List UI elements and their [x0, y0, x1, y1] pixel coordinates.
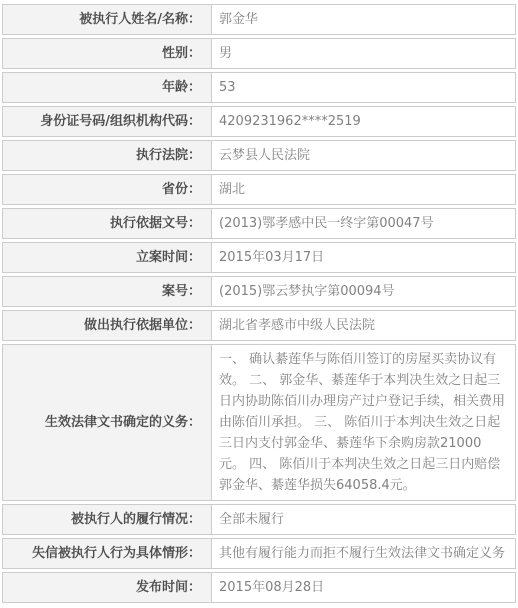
row-value: 云梦县人民法院	[212, 141, 515, 170]
row-label: 身份证号码/组织机构代码：	[3, 107, 212, 136]
table-row-filing-date: 立案时间： 2015年03月17日	[2, 242, 516, 273]
row-label: 案号：	[3, 277, 212, 306]
table-row-case-number: 案号： (2015)鄂云梦执字第00094号	[2, 276, 516, 307]
row-value: 其他有履行能力而拒不履行生效法律文书确定义务	[212, 539, 515, 568]
table-row-basis-document-number: 执行依据文号： (2013)鄂孝感中民一终字第00047号	[2, 208, 516, 239]
row-value: 2015年03月17日	[212, 243, 515, 272]
table-row-gender: 性别： 男	[2, 38, 516, 69]
row-label: 执行依据文号：	[3, 209, 212, 238]
row-label: 立案时间：	[3, 243, 212, 272]
table-row-executing-court: 执行法院： 云梦县人民法院	[2, 140, 516, 171]
row-value: 湖北省孝感市中级人民法院	[212, 311, 515, 340]
row-label: 省份：	[3, 175, 212, 204]
debtor-info-table: 被执行人姓名/名称： 郭金华 性别： 男 年龄： 53 身份证号码/组织机构代码…	[2, 4, 516, 603]
table-row-age: 年龄： 53	[2, 72, 516, 103]
table-row-obligations: 生效法律文书确定的义务： 一、 确认綦莲华与陈佰川签订的房屋买卖协议有效。 二、…	[2, 344, 516, 501]
table-row-performance-status: 被执行人的履行情况： 全部未履行	[2, 504, 516, 535]
row-value: 全部未履行	[212, 505, 515, 534]
row-label: 做出执行依据单位：	[3, 311, 212, 340]
row-value: 2015年08月28日	[212, 573, 515, 602]
row-value: (2015)鄂云梦执字第00094号	[212, 277, 515, 306]
table-row-basis-issuing-unit: 做出执行依据单位： 湖北省孝感市中级人民法院	[2, 310, 516, 341]
row-value: 一、 确认綦莲华与陈佰川签订的房屋买卖协议有效。 二、 郭金华、綦莲华于本判决生…	[212, 345, 515, 500]
row-value: 53	[212, 73, 515, 102]
row-label: 被执行人的履行情况：	[3, 505, 212, 534]
row-value: 男	[212, 39, 515, 68]
row-value: 郭金华	[212, 5, 515, 34]
table-row-name: 被执行人姓名/名称： 郭金华	[2, 4, 516, 35]
row-value: (2013)鄂孝感中民一终字第00047号	[212, 209, 515, 238]
row-label: 发布时间：	[3, 573, 212, 602]
row-label: 生效法律文书确定的义务：	[3, 345, 212, 500]
judgment-debtor-record-page: 被执行人姓名/名称： 郭金华 性别： 男 年龄： 53 身份证号码/组织机构代码…	[0, 0, 518, 608]
table-row-province: 省份： 湖北	[2, 174, 516, 205]
row-value: 湖北	[212, 175, 515, 204]
table-row-id-number: 身份证号码/组织机构代码： 4209231962****2519	[2, 106, 516, 137]
table-row-dishonest-conduct: 失信被执行人行为具体情形： 其他有履行能力而拒不履行生效法律文书确定义务	[2, 538, 516, 569]
table-row-publish-date: 发布时间： 2015年08月28日	[2, 572, 516, 603]
row-label: 性别：	[3, 39, 212, 68]
row-label: 执行法院：	[3, 141, 212, 170]
row-label: 失信被执行人行为具体情形：	[3, 539, 212, 568]
row-label: 被执行人姓名/名称：	[3, 5, 212, 34]
row-label: 年龄：	[3, 73, 212, 102]
row-value: 4209231962****2519	[212, 107, 515, 136]
